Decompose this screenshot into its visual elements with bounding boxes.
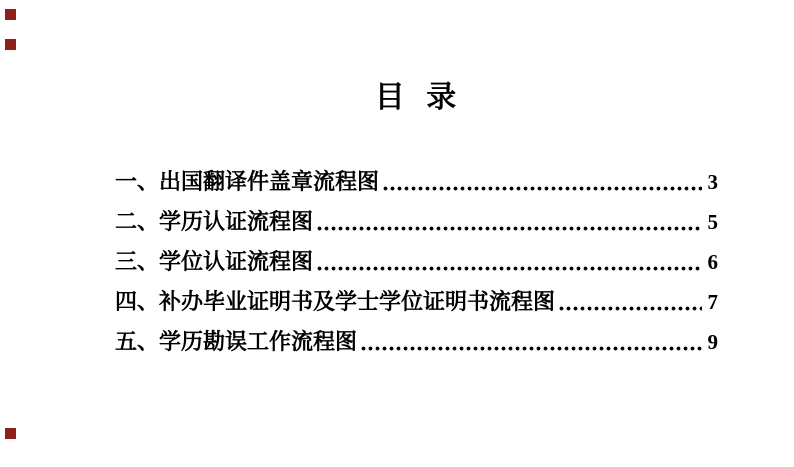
red-artifact-mark	[5, 428, 16, 439]
document-page: 目 录 一、出国翻译件盖章流程图 3 二、学历认证流程图 5 三、学位认证流程图…	[0, 0, 794, 467]
toc-entry[interactable]: 一、出国翻译件盖章流程图 3	[115, 168, 718, 196]
dot-leader	[382, 185, 702, 192]
dot-leader	[360, 345, 702, 352]
toc-entry-label[interactable]: 二、学历认证流程图	[115, 208, 313, 236]
toc-entry-page-number: 5	[704, 209, 718, 236]
toc-entry[interactable]: 五、学历勘误工作流程图 9	[115, 328, 718, 356]
toc-entry[interactable]: 三、学位认证流程图 6	[115, 248, 718, 276]
toc-entry-label[interactable]: 四、补办毕业证明书及学士学位证明书流程图	[115, 288, 555, 316]
toc-entry-page-number: 7	[704, 289, 718, 316]
toc-title: 目 录	[115, 80, 718, 116]
toc-list: 一、出国翻译件盖章流程图 3 二、学历认证流程图 5 三、学位认证流程图 6 四…	[115, 168, 718, 356]
toc-entry[interactable]: 四、补办毕业证明书及学士学位证明书流程图 7	[115, 288, 718, 316]
dot-leader	[558, 305, 702, 312]
toc-entry-label[interactable]: 三、学位认证流程图	[115, 248, 313, 276]
toc-entry-label[interactable]: 一、出国翻译件盖章流程图	[115, 168, 379, 196]
toc-entry-page-number: 9	[704, 329, 718, 356]
red-artifact-mark	[5, 9, 16, 20]
toc-entry-label[interactable]: 五、学历勘误工作流程图	[115, 328, 357, 356]
toc-entry[interactable]: 二、学历认证流程图 5	[115, 208, 718, 236]
dot-leader	[316, 225, 702, 232]
toc-content: 目 录 一、出国翻译件盖章流程图 3 二、学历认证流程图 5 三、学位认证流程图…	[115, 0, 718, 368]
red-artifact-mark	[5, 39, 16, 50]
toc-entry-page-number: 6	[704, 249, 718, 276]
toc-entry-page-number: 3	[704, 169, 718, 196]
dot-leader	[316, 265, 702, 272]
